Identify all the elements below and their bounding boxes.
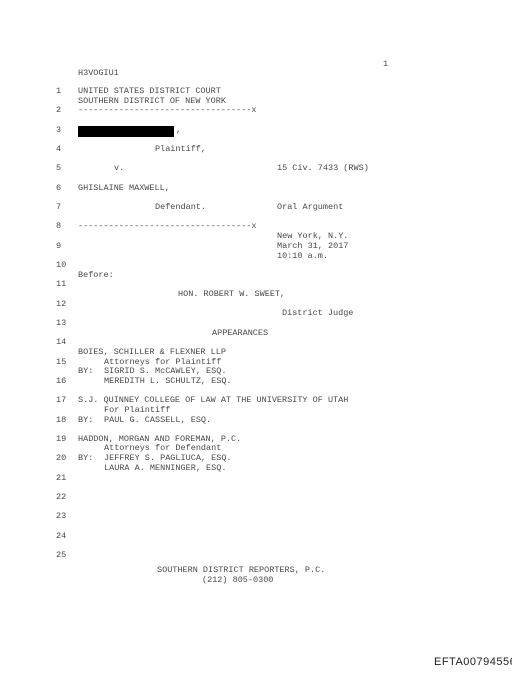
- line-number: 12: [56, 299, 66, 309]
- plaintiff-firm1-attorney2: MEREDITH L. SCHULTZ, ESQ.: [104, 376, 232, 386]
- plaintiff-firm1-name: BOIES, SCHILLER & FLEXNER LLP: [78, 347, 226, 357]
- line-number: 6: [56, 183, 61, 193]
- plaintiff-firm2-name: S.J. QUINNEY COLLEGE OF LAW AT THE UNIVE…: [78, 395, 348, 405]
- line-number: 20: [56, 453, 66, 463]
- line-number: 4: [56, 144, 61, 154]
- redaction-trailing-comma: ,: [176, 125, 181, 135]
- line-number: 15: [56, 357, 66, 367]
- line-number: 2: [56, 105, 61, 115]
- line-number: 25: [56, 550, 66, 560]
- transcript-id: H3VOGIU1: [78, 68, 119, 78]
- transcript-page: 1 H3VOGIU1 1 2 3 4 5 6 7 8 9 10 11 12 13…: [0, 0, 512, 678]
- defendant-label: Defendant.: [155, 202, 206, 212]
- line-number: 8: [56, 221, 61, 231]
- line-number: 21: [56, 473, 66, 483]
- appearances-heading: APPEARANCES: [212, 328, 268, 338]
- before-label: Before:: [78, 270, 114, 280]
- line-number: 17: [56, 395, 66, 405]
- line-number: 19: [56, 434, 66, 444]
- plaintiff-firm2-by-label: BY:: [78, 415, 93, 425]
- line-number: 7: [56, 202, 61, 212]
- plaintiff-firm1-attorney1: SIGRID S. McCAWLEY, ESQ.: [104, 366, 226, 376]
- defendant-firm-attorney1: JEFFREY S. PAGLIUCA, ESQ.: [104, 453, 232, 463]
- plaintiff-name-redaction-box: [78, 126, 174, 137]
- line-number: 23: [56, 511, 66, 521]
- caption-divider-bottom: ----------------------------------x: [78, 221, 257, 231]
- bates-number: EFTA00794556: [434, 656, 512, 668]
- line-number: 10: [56, 260, 66, 270]
- case-number: 15 Civ. 7433 (RWS): [277, 163, 369, 173]
- line-number: 9: [56, 241, 61, 251]
- plaintiff-firm2-role: For Plaintiff: [104, 405, 170, 415]
- defendant-firm-attorney2: LAURA A. MENNINGER, ESQ.: [104, 463, 226, 473]
- plaintiff-firm1-by-label: BY:: [78, 366, 93, 376]
- court-reporters-phone: (212) 805-0300: [202, 575, 273, 585]
- caption-divider-top: ----------------------------------x: [78, 105, 257, 115]
- defendant-firm-role: Attorneys for Defendant: [104, 443, 221, 453]
- plaintiff-firm2-attorney1: PAUL G. CASSELL, ESQ.: [104, 415, 211, 425]
- line-number: 22: [56, 492, 66, 502]
- defendant-name: GHISLAINE MAXWELL,: [78, 183, 170, 193]
- court-name-line1: UNITED STATES DISTRICT COURT: [78, 86, 221, 96]
- versus-label: v.: [114, 163, 124, 173]
- line-number: 3: [56, 125, 61, 135]
- line-number: 14: [56, 337, 66, 347]
- line-number: 24: [56, 531, 66, 541]
- hearing-location: New York, N.Y.: [277, 231, 348, 241]
- court-reporters-name: SOUTHERN DISTRICT REPORTERS, P.C.: [157, 565, 325, 575]
- line-number: 5: [56, 163, 61, 173]
- judge-name: HON. ROBERT W. SWEET,: [178, 289, 285, 299]
- line-number: 16: [56, 376, 66, 386]
- line-number: 18: [56, 415, 66, 425]
- judge-title: District Judge: [282, 308, 353, 318]
- hearing-date: March 31, 2017: [277, 241, 348, 251]
- line-number: 13: [56, 318, 66, 328]
- plaintiff-label: Plaintiff,: [155, 144, 206, 154]
- hearing-type: Oral Argument: [277, 202, 343, 212]
- defendant-firm-by-label: BY:: [78, 453, 93, 463]
- line-number: 11: [56, 279, 66, 289]
- page-number: 1: [383, 59, 388, 69]
- line-number: 1: [56, 86, 61, 96]
- hearing-time: 10:10 a.m.: [277, 251, 328, 261]
